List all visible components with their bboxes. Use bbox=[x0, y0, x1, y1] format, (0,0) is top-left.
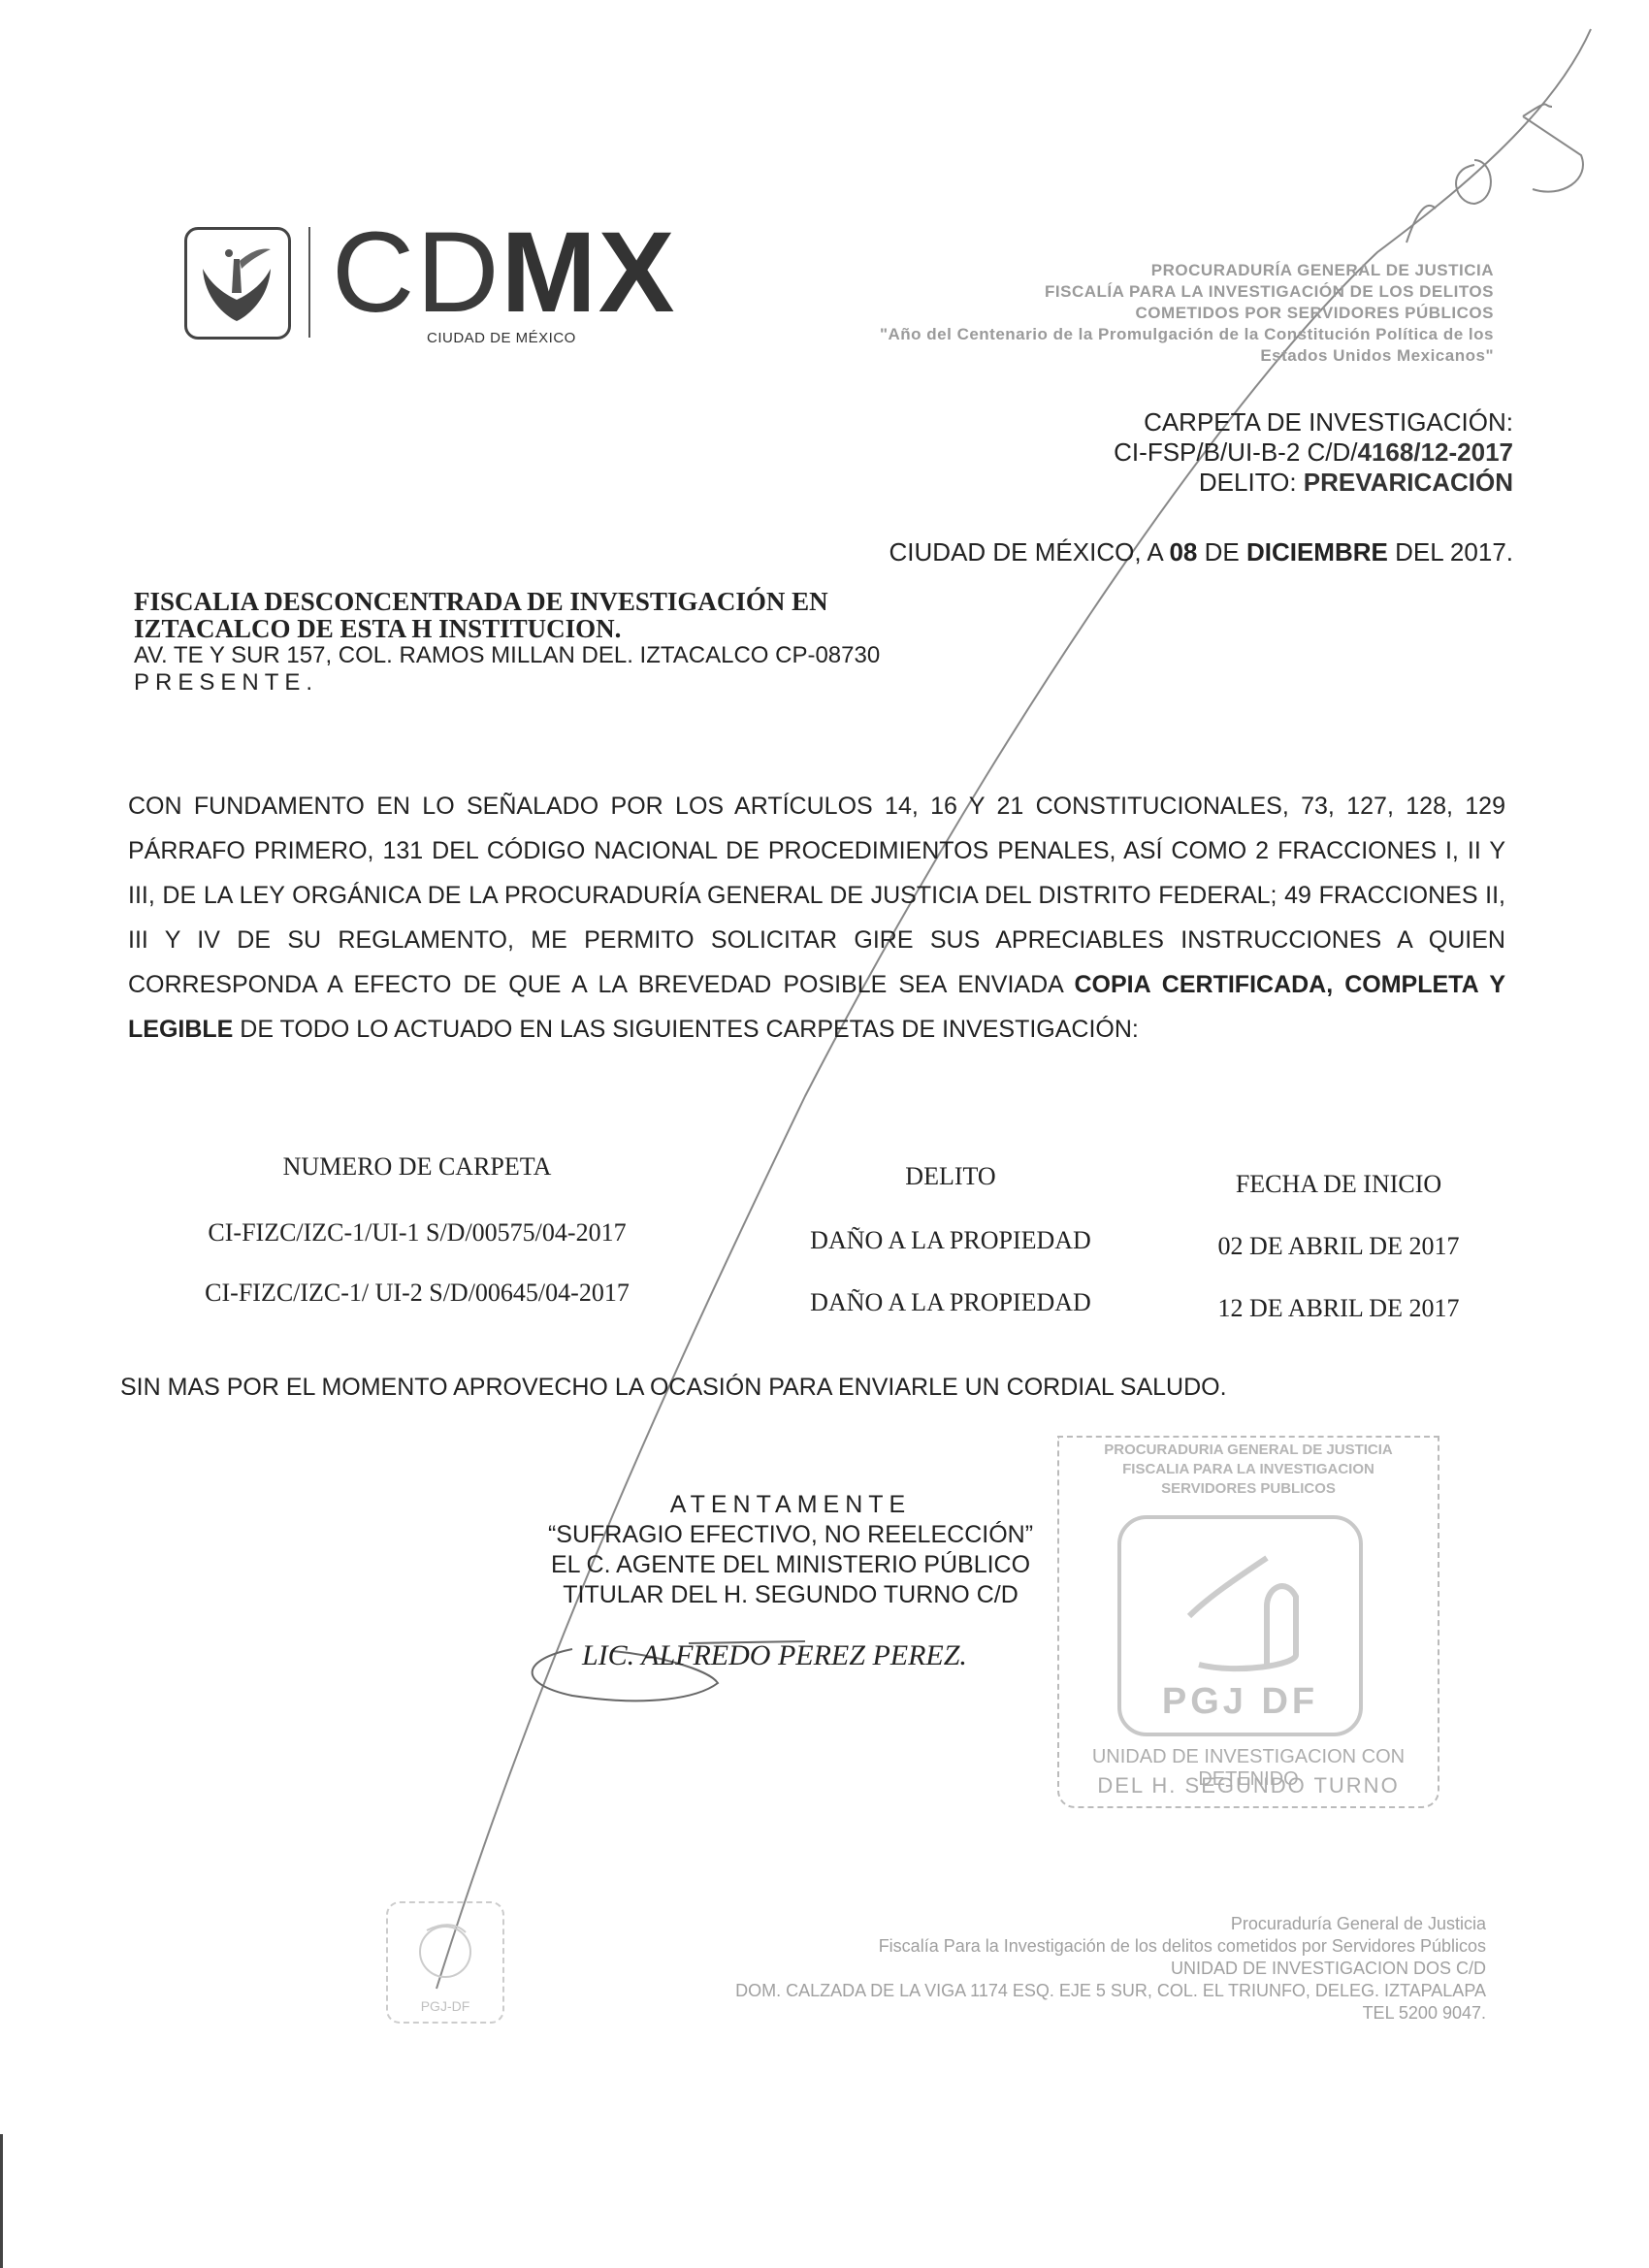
signer-name: LIC. ALFREDO PEREZ PEREZ. bbox=[582, 1639, 967, 1672]
angel-emblem-icon bbox=[195, 240, 278, 323]
addressee-name-line1: FISCALIA DESCONCENTRADA DE INVESTIGACIÓN… bbox=[134, 588, 987, 615]
signature-block: ATENTAMENTE “SUFRAGIO EFECTIVO, NO REELE… bbox=[514, 1490, 1067, 1610]
closing-line: SIN MAS POR EL MOMENTO APROVECHO LA OCAS… bbox=[120, 1374, 1227, 1402]
table-header-fecha: FECHA DE INICIO bbox=[1183, 1170, 1494, 1199]
case-label: CARPETA DE INVESTIGACIÓN: bbox=[1114, 407, 1513, 437]
cdmx-subtitle: CIUDAD DE MÉXICO bbox=[427, 330, 576, 346]
table-row-1-carpeta: CI-FIZC/IZC-1/UI-1 S/D/00575/04-2017 bbox=[155, 1218, 679, 1247]
case-crime: DELITO: PREVARICACIÓN bbox=[1114, 468, 1513, 498]
table-row-2-delito: DAÑO A LA PROPIEDAD bbox=[766, 1288, 1135, 1317]
footer-address: Procuraduría General de Justicia Fiscalí… bbox=[735, 1913, 1486, 2025]
addressee-presente: PRESENTE. bbox=[134, 669, 987, 697]
addressee-name-line2: IZTACALCO DE ESTA H INSTITUCION. bbox=[134, 615, 987, 642]
scan-edge bbox=[0, 2134, 3, 2268]
table-row-1-delito: DAÑO A LA PROPIEDAD bbox=[766, 1226, 1135, 1255]
cdmx-emblem-logo bbox=[184, 227, 291, 340]
document-date: CIUDAD DE MÉXICO, A 08 DE DICIEMBRE DEL … bbox=[889, 537, 1513, 567]
logo-divider bbox=[308, 227, 310, 338]
pgj-emblem-icon bbox=[1121, 1519, 1359, 1674]
cdmx-wordmark: CDMX bbox=[332, 215, 676, 330]
table-header-delito: DELITO bbox=[766, 1162, 1135, 1191]
table-header-carpeta: NUMERO DE CARPETA bbox=[155, 1152, 679, 1182]
pgj-small-emblem-icon bbox=[388, 1903, 502, 1991]
addressee-address: AV. TE Y SUR 157, COL. RAMOS MILLAN DEL.… bbox=[134, 642, 987, 669]
official-stamp: PROCURADURIA GENERAL DE JUSTICIA FISCALI… bbox=[1057, 1436, 1439, 1808]
footer-pgj-logo: PGJ-DF bbox=[386, 1901, 504, 2024]
case-reference: CARPETA DE INVESTIGACIÓN: CI-FSP/B/UI-B-… bbox=[1114, 407, 1513, 498]
pgj-logo: PGJ DF bbox=[1117, 1515, 1363, 1736]
institution-header: PROCURADURÍA GENERAL DE JUSTICIA FISCALÍ… bbox=[880, 260, 1494, 367]
table-row-2-fecha: 12 DE ABRIL DE 2017 bbox=[1183, 1294, 1494, 1323]
case-number: CI-FSP/B/UI-B-2 C/D/4168/12-2017 bbox=[1114, 437, 1513, 468]
letter-body: CON FUNDAMENTO EN LO SEÑALADO POR LOS AR… bbox=[128, 784, 1505, 1052]
table-row-1-fecha: 02 DE ABRIL DE 2017 bbox=[1183, 1232, 1494, 1261]
table-row-2-carpeta: CI-FIZC/IZC-1/ UI-2 S/D/00645/04-2017 bbox=[155, 1279, 679, 1308]
addressee-block: FISCALIA DESCONCENTRADA DE INVESTIGACIÓN… bbox=[134, 588, 987, 697]
